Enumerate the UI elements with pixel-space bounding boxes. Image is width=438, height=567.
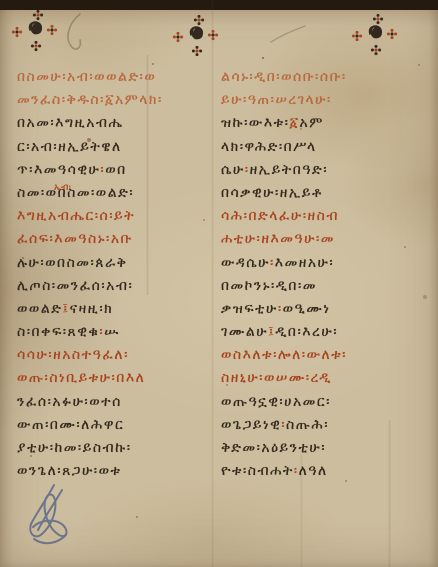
text-line: ቅድመ፡አዕይንቲሁ፡ xyxy=(221,437,423,460)
text-line: ልሳኑ፡ዲበ፡ወሰቡ፡ሰቡ፡ xyxy=(221,66,423,89)
page-top-edge xyxy=(0,0,438,10)
dot-rosette-ornament xyxy=(345,14,405,60)
text-line: ሴሁ፡ዘኢይትበዓድ፡ xyxy=(221,159,423,182)
text-segment: ናዛዚ፡ክ xyxy=(70,301,114,317)
text-segment: ገሙልሁ xyxy=(221,324,268,340)
text-segment: በአመ፡እግዚአብሔ xyxy=(17,115,124,131)
text-segment: ስጡሕ፡ xyxy=(286,417,329,433)
text-segment: ሊጦስ፡መንፈሰ፡አብ፡ xyxy=(17,278,133,294)
text-segment: ጥ፡እመዓሳዊሁ xyxy=(17,162,100,178)
text-segment: ወበ xyxy=(105,162,126,178)
text-line: በስመሁ፡አብ፡ወወልድ፡ወ xyxy=(17,66,209,89)
text-line: እግዚአብሔር፡ሰ፡ይት xyxy=(17,205,209,228)
text-segment: ወጌጋይነዊ xyxy=(221,417,281,433)
text-segment: ልሳኑ፡ዲበ፡ወሰቡ፡ሰቡ፡ xyxy=(221,69,347,85)
text-segment: እመዘአሁ፡ xyxy=(275,255,334,271)
text-segment: ንፈሰ፡አፉሁ፡ወተሰ xyxy=(17,394,122,410)
text-segment: ዝኩ፡ውእቱ፡ xyxy=(221,115,289,131)
text-segment: ስ፡በቀፍ፡ጸዊቁ xyxy=(17,324,99,340)
text-segment: ሉሁ፡ወበስመ፡ጰራቅ xyxy=(17,255,128,271)
manuscript-page: በስመሁ፡አብ፡ወወልድ፡ወመንፈስ፡ቅዱስ፡፩አምላክ፡በአመ፡እግዚአብሔር… xyxy=(0,0,438,567)
text-segment: ወጡ፡ስነቢይቱሁ፡በእለ xyxy=(17,370,145,386)
text-segment: ወንጌለ፡ጸጋሁ፡ወቱ xyxy=(17,463,121,478)
text-column-left: በስመሁ፡አብ፡ወወልድ፡ወመንፈስ፡ቅዱስ፡፩አምላክ፡በአመ፡እግዚአብሔር… xyxy=(17,66,209,478)
text-line: ውዳሴሁ፡እመዘአሁ፡ xyxy=(221,252,423,275)
text-line: መንፈስ፡ቅዱስ፡፩አምላክ፡ xyxy=(17,89,209,112)
text-segment: ወዒሙነ xyxy=(283,301,331,317)
text-line: ስመ፡ወበስመ፡ወልድ፡ xyxy=(17,182,209,205)
text-segment: ፈሰፍ፡እመዓስኑ፡አቡ xyxy=(17,231,133,247)
text-segment: ሴሁ xyxy=(221,162,245,178)
text-line: ፈሰፍ፡እመዓስኑ፡አቡ xyxy=(17,228,209,251)
text-line: ዮቱ፡ስብሐት፡ለዓለ xyxy=(221,460,423,478)
text-line: ር፡አብ፡ዘኢይትዌለ xyxy=(17,136,209,159)
text-line: ሳሕ፡በድላፈሁ፡ዘስብ xyxy=(221,205,423,228)
text-segment: ወወልድ xyxy=(17,301,62,317)
text-line: ወጌጋይነዊ፡ስጡሕ፡ xyxy=(221,414,423,437)
text-line: ስ፡በቀፍ፡ጸዊቁ፡ሡ xyxy=(17,321,209,344)
text-line: ስዘኒሁ፡ወሠሙ፡ረዲ xyxy=(221,367,423,390)
text-segment: ወስእለቱ፡ሎለ፡ውለቱ፡ xyxy=(221,347,347,363)
text-line: ሉሁ፡ወበስመ፡ጰራቅ xyxy=(17,252,209,275)
text-segment: በስመሁ፡አብ፡ወወልድ፡ወ xyxy=(17,69,156,85)
text-line: ወንጌለ፡ጸጋሁ፡ወቱ xyxy=(17,460,209,478)
pencil-dash xyxy=(268,22,308,46)
parchment-crease xyxy=(211,0,214,567)
text-line: ላክ፡ዋሕድ፡በሥላ xyxy=(221,136,423,159)
text-line: ወጡዓኗዊ፡ሀአመር፡ xyxy=(221,391,423,414)
text-segment: ሳሕ፡በድላፈሁ፡ዘስብ xyxy=(221,208,339,224)
text-segment: መንፈስ፡ቅዱስ፡፩አምላክ፡ xyxy=(17,92,163,108)
foxing-specks xyxy=(0,0,2,2)
text-line: ቃዝፍቲሁ፡ወዒሙነ xyxy=(221,298,423,321)
text-segment: ያቲሁ፡ከመ፡ይስብኩ፡ xyxy=(17,440,132,456)
text-segment: ወጡዓኗዊ፡ሀአመር፡ xyxy=(221,394,331,410)
text-line: ይሁ፡ዓጠ፡ሠረገላሁ፡ xyxy=(221,89,423,112)
text-segment: ቃዝፍቲሁ xyxy=(221,301,278,317)
text-line: ውጠ፡በሙ፡ለሕዋር xyxy=(17,414,209,437)
text-segment: ስዘኒሁ፡ወሠሙ፡ረዲ xyxy=(221,370,332,386)
text-segment: ይሁ፡ዓጠ፡ሠረገላሁ፡ xyxy=(221,92,332,108)
text-segment: አም xyxy=(300,115,324,131)
text-line: ገሙልሁ፤ዲበ፡እረሁ፡ xyxy=(221,321,423,344)
text-line: ያቲሁ፡ከመ፡ይስብኩ፡ xyxy=(17,437,209,460)
text-segment: ስመ፡ወበስመ፡ወልድ፡ xyxy=(17,185,134,201)
text-line: ዝኩ፡ውእቱ፡፩አም xyxy=(221,112,423,135)
text-segment: ዮቱ፡ስብሐት xyxy=(221,463,294,478)
text-line: ሐቲሁ፡ዘእመዓሁ፡መ xyxy=(221,228,423,251)
text-segment: ሳሳሁ፡ዘአስተዓፈለ፡ xyxy=(17,347,129,363)
text-segment: ሐቲሁ፡ዘእመዓሁ፡መ xyxy=(221,231,335,247)
text-segment: ዲበ፡እረሁ፡ xyxy=(275,324,338,340)
text-line: ጥ፡እመዓሳዊሁ፡ወበ xyxy=(17,159,209,182)
text-line: ሳሳሁ፡ዘአስተዓፈለ፡ xyxy=(17,344,209,367)
owner-signature-mark xyxy=(22,482,80,552)
text-line: ወስእለቱ፡ሎለ፡ውለቱ፡ xyxy=(221,344,423,367)
text-segment: ፩ xyxy=(289,115,299,131)
text-segment: ውዳሴሁ xyxy=(221,255,270,271)
text-segment: ዘኢይትበዓድ፡ xyxy=(250,162,328,178)
dot-rosette-ornament xyxy=(5,10,65,56)
text-segment: ቅድመ፡አዕይንቲሁ፡ xyxy=(221,440,326,456)
text-segment: ውጠ፡በሙ፡ለሕዋር xyxy=(17,417,124,433)
text-line: ሊጦስ፡መንፈሰ፡አብ፡ xyxy=(17,275,209,298)
dot-rosette-ornament xyxy=(166,15,226,61)
text-line: በመኮንኑ፡ዲበ፡መ xyxy=(221,275,423,298)
text-segment: እግዚአብሔር፡ሰ፡ይት xyxy=(17,208,135,224)
text-segment: በሳቃዊሁ፡ዘኢይቶ xyxy=(221,185,323,201)
text-line: በሳቃዊሁ፡ዘኢይቶ xyxy=(221,182,423,205)
text-line: በአመ፡እግዚአብሔ xyxy=(17,112,209,135)
text-segment: ፤ xyxy=(62,301,69,317)
text-line: ንፈሰ፡አፉሁ፡ወተሰ xyxy=(17,391,209,414)
interlinear-note: ኤብ፡ xyxy=(54,183,71,193)
text-segment: ላክ፡ዋሕድ፡በሥላ xyxy=(221,139,317,155)
text-segment: በመኮንኑ፡ዲበ፡መ xyxy=(221,278,317,294)
text-segment: ሡ xyxy=(104,324,120,340)
text-segment: ር፡አብ፡ዘኢይትዌለ xyxy=(17,139,122,155)
text-line: ወጡ፡ስነቢይቱሁ፡በእለ xyxy=(17,367,209,390)
text-column-right: ልሳኑ፡ዲበ፡ወሰቡ፡ሰቡ፡ይሁ፡ዓጠ፡ሠረገላሁ፡ዝኩ፡ውእቱ፡፩አምላክ፡ዋ… xyxy=(221,66,423,478)
text-line: ወወልድ፤ናዛዚ፡ክ xyxy=(17,298,209,321)
text-segment: ለዓለ xyxy=(299,463,328,478)
